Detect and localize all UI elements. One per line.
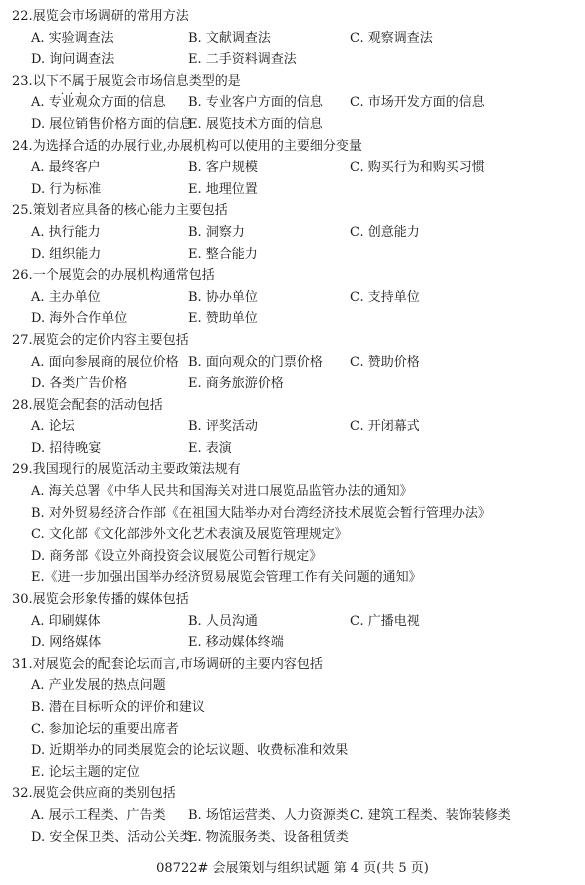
option-a: A. 专业观众方面的信息 [31,92,166,114]
question-stem: 31.对展览会的配套论坛而言,市场调研的主要内容包括 [0,654,585,676]
option-a: A. 主办单位 [31,287,101,309]
option-a: A. 产业发展的热点问题 [31,675,166,697]
option-d: D. 询问调查法 [31,49,114,71]
option-e: E. 表演 [188,438,232,460]
option-e: E. 移动媒体终端 [188,632,284,654]
option-d: D. 展位销售价格方面的信息 [31,114,192,136]
option-a: A. 海关总署《中华人民共和国海关对进口展览品监管办法的通知》 [31,481,413,503]
question-stem: 27.展览会的定价内容主要包括 [0,330,585,352]
option-e: E. 论坛主题的定位 [31,762,140,784]
question-stem: 32.展览会供应商的类别包括 [0,783,585,805]
question-stem: 25.策划者应具备的核心能力主要包括 [0,200,585,222]
option-a: A. 最终客户 [31,157,101,179]
option-d: D. 海外合作单位 [31,308,127,330]
question-25: 25.策划者应具备的核心能力主要包括 A. 执行能力B. 洞察力C. 创意能力 … [0,200,585,265]
option-c: C. 市场开发方面的信息 [350,92,485,114]
emphasis-text: 不属于 [59,74,98,89]
question-32: 32.展览会供应商的类别包括 A. 展示工程类、广告类B. 场馆运营类、人力资源… [0,783,585,848]
option-d: D. 近期举办的同类展览会的论坛议题、收费标准和效果 [31,740,348,762]
option-b: B. 人员沟通 [188,611,258,633]
option-e: E. 物流服务类、设备租赁类 [188,827,349,849]
option-a: A. 论坛 [31,416,75,438]
option-d: D. 各类广告价格 [31,373,127,395]
question-stem: 23.以下不属于展览会市场信息类型的是 [0,71,585,93]
option-c: C. 创意能力 [350,222,420,244]
question-stem: 29.我国现行的展览活动主要政策法规有 [0,459,585,481]
option-d: D. 网络媒体 [31,632,101,654]
option-b: B. 协办单位 [188,287,258,309]
question-30: 30.展览会形象传播的媒体包括 A. 印刷媒体B. 人员沟通C. 广播电视 D.… [0,589,585,654]
question-29: 29.我国现行的展览活动主要政策法规有 A. 海关总署《中华人民共和国海关对进口… [0,459,585,589]
option-c: C. 文化部《文化部涉外文化艺术表演及展览管理规定》 [31,524,348,546]
option-d: D. 行为标准 [31,179,101,201]
option-e: E. 二手资料调查法 [188,49,297,71]
option-a: A. 执行能力 [31,222,101,244]
question-23: 23.以下不属于展览会市场信息类型的是 A. 专业观众方面的信息B. 专业客户方… [0,71,585,136]
option-c: C. 参加论坛的重要出席者 [31,719,179,741]
option-e: E. 商务旅游价格 [188,373,284,395]
option-b: B. 洞察力 [188,222,245,244]
page-footer: 08722# 会展策划与组织试题 第 4 页(共 5 页) [0,857,585,876]
option-e: E. 赞助单位 [188,308,258,330]
option-c: C. 广播电视 [350,611,420,633]
option-e: E.《进一步加强出国举办经济贸易展览会管理工作有关问题的通知》 [31,567,422,589]
option-e: E. 展览技术方面的信息 [188,114,323,136]
question-stem: 22.展览会市场调研的常用方法 [0,6,585,28]
option-a: A. 展示工程类、广告类 [31,805,166,827]
option-a: A. 印刷媒体 [31,611,101,633]
option-a: A. 实验调查法 [31,28,114,50]
question-27: 27.展览会的定价内容主要包括 A. 面向参展商的展位价格B. 面向观众的门票价… [0,330,585,395]
question-stem: 26.一个展览会的办展机构通常包括 [0,265,585,287]
option-b: B. 客户规模 [188,157,258,179]
option-c: C. 开闭幕式 [350,416,420,438]
option-c: C. 支持单位 [350,287,420,309]
option-a: A. 面向参展商的展位价格 [31,352,179,374]
question-stem: 28.展览会配套的活动包括 [0,395,585,417]
option-d: D. 商务部《设立外商投资会议展览公司暂行规定》 [31,546,322,568]
question-stem: 24.为选择合适的办展行业,办展机构可以使用的主要细分变量 [0,136,585,158]
question-26: 26.一个展览会的办展机构通常包括 A. 主办单位B. 协办单位C. 支持单位 … [0,265,585,330]
option-d: D. 安全保卫类、活动公关类 [31,827,192,849]
option-e: E. 整合能力 [188,244,258,266]
option-c: C. 赞助价格 [350,352,420,374]
question-stem: 30.展览会形象传播的媒体包括 [0,589,585,611]
option-b: B. 潜在目标听众的评价和建议 [31,697,205,719]
option-e: E. 地理位置 [188,179,258,201]
option-b: B. 专业客户方面的信息 [188,92,323,114]
option-c: C. 观察调查法 [350,28,433,50]
option-b: B. 面向观众的门票价格 [188,352,323,374]
option-c: C. 购买行为和购买习惯 [350,157,485,179]
option-c: C. 建筑工程类、装饰装修类 [350,805,511,827]
option-b: B. 场馆运营类、人力资源类 [188,805,349,827]
option-d: D. 招待晚宴 [31,438,101,460]
question-31: 31.对展览会的配套论坛而言,市场调研的主要内容包括 A. 产业发展的热点问题 … [0,654,585,784]
question-28: 28.展览会配套的活动包括 A. 论坛B. 评奖活动C. 开闭幕式 D. 招待晚… [0,395,585,460]
option-b: B. 对外贸易经济合作部《在祖国大陆举办对台湾经济技术展览会暂行管理办法》 [31,503,491,525]
option-d: D. 组织能力 [31,244,101,266]
question-24: 24.为选择合适的办展行业,办展机构可以使用的主要细分变量 A. 最终客户B. … [0,136,585,201]
option-b: B. 文献调查法 [188,28,271,50]
exam-page: 22.展览会市场调研的常用方法 A. 实验调查法B. 文献调查法C. 观察调查法… [0,6,585,848]
option-b: B. 评奖活动 [188,416,258,438]
question-22: 22.展览会市场调研的常用方法 A. 实验调查法B. 文献调查法C. 观察调查法… [0,6,585,71]
